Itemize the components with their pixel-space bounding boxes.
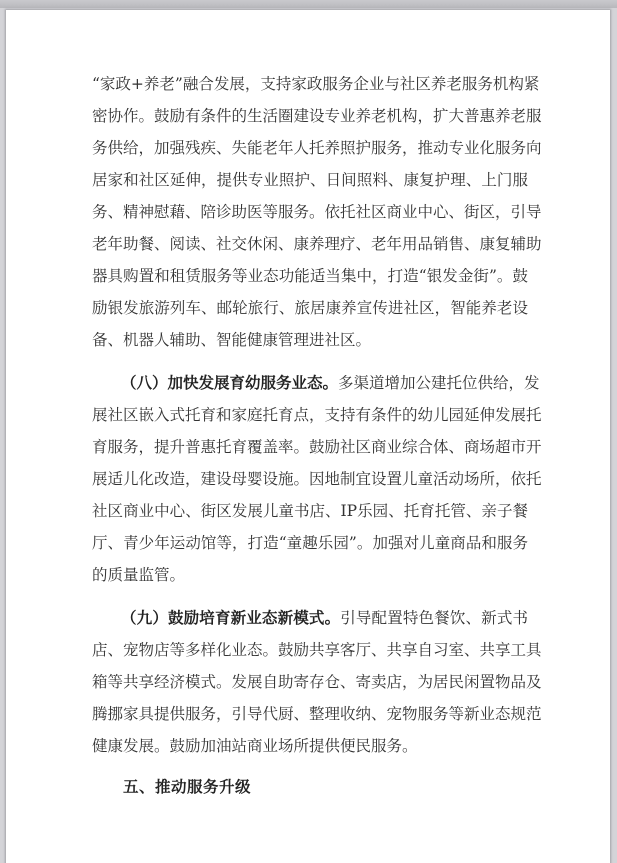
text-line: 育服务，提升普惠托育覆盖率。鼓励社区商业综合体、商场超市开 bbox=[92, 437, 528, 457]
text-line: 社区商业中心、街区发展儿童书店、IP乐园、托育托管、亲子餐 bbox=[92, 501, 528, 521]
paragraph-first-line: （八）加快发展育幼服务业态。多渠道增加公建托位供给，发 bbox=[121, 373, 528, 393]
text-line: 店、宠物店等多样化业态。鼓励共享客厅、共享自习室、共享工具 bbox=[92, 640, 528, 660]
text-span: 引导配置特色餐饮、新式书 bbox=[340, 609, 528, 627]
text-line: 厅、青少年运动馆等，打造“童趣乐园”。加强对儿童商品和服务 bbox=[92, 533, 528, 553]
text-line: 励银发旅游列车、邮轮旅行、旅居康养宣传进社区，智能养老设 bbox=[92, 298, 528, 318]
document-page: “家政+养老”融合发展，支持家政服务企业与社区养老服务机构紧 密协作。鼓励有条件… bbox=[6, 10, 610, 863]
text-line: “家政+养老”融合发展，支持家政服务企业与社区养老服务机构紧 bbox=[92, 74, 528, 94]
text-line: 居家和社区延伸，提供专业照护、日间照料、康复护理、上门服 bbox=[92, 170, 528, 190]
text-line: 展适儿化改造，建设母婴设施。因地制宜设置儿童活动场所，依托 bbox=[92, 469, 528, 489]
text-line: 密协作。鼓励有条件的生活圈建设专业养老机构，扩大普惠养老服 bbox=[92, 106, 528, 126]
text-line: 箱等共享经济模式。发展自助寄存仓、寄卖店，为居民闲置物品及 bbox=[92, 672, 528, 692]
paragraph-heading-8: （八）加快发展育幼服务业态。 bbox=[121, 373, 338, 392]
text-line: 展社区嵌入式托育和家庭托育点，支持有条件的幼儿园延伸发展托 bbox=[92, 405, 528, 425]
text-line: 健康发展。鼓励加油站商业场所提供便民服务。 bbox=[92, 736, 528, 756]
text-line: 的质量监管。 bbox=[92, 565, 528, 585]
text-line: 务供给，加强残疾、失能老年人托养照护服务，推动专业化服务向 bbox=[92, 138, 528, 158]
paragraph-heading-9: （九）鼓励培育新业态新模式。 bbox=[121, 608, 340, 627]
paragraph-first-line: （九）鼓励培育新业态新模式。引导配置特色餐饮、新式书 bbox=[121, 608, 528, 628]
viewer-top-edge bbox=[0, 0, 617, 8]
text-line: 备、机器人辅助、智能健康管理进社区。 bbox=[92, 330, 528, 350]
text-line: 老年助餐、阅读、社交休闲、康养理疗、老年用品销售、康复辅助 bbox=[92, 234, 528, 254]
text-line: 器具购置和租赁服务等业态功能适当集中，打造“银发金街”。鼓 bbox=[92, 266, 528, 286]
text-line: 务、精神慰藉、陪诊助医等服务。依托社区商业中心、街区，引导 bbox=[92, 202, 528, 222]
section-heading: 五、推动服务升级 bbox=[123, 777, 251, 797]
text-line: 腾挪家具提供服务，引导代厨、整理收纳、宠物服务等新业态规范 bbox=[92, 704, 528, 724]
text-span: 多渠道增加公建托位供给，发 bbox=[338, 374, 540, 392]
